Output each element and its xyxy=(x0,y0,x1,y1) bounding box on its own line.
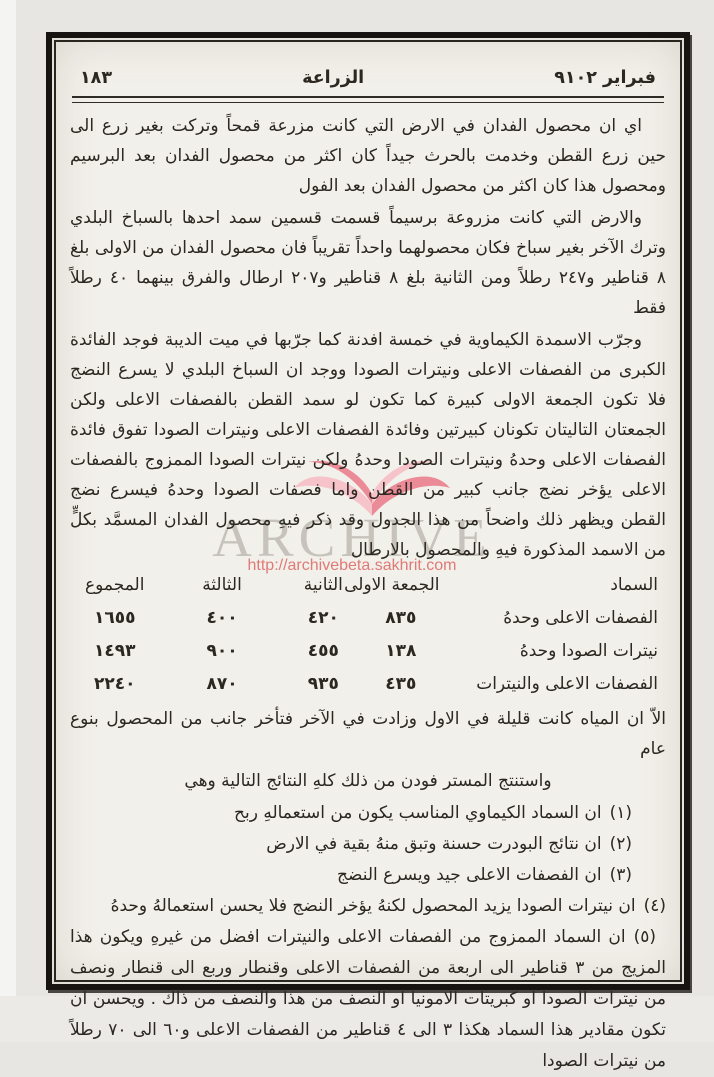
list-item: (١)ان السماد الكيماوي المناسب يكون من اس… xyxy=(70,798,666,829)
paragraph-1: اي ان محصول الفدان في الارض التي كانت مز… xyxy=(70,111,666,201)
list-item: (٤)ان نيترات الصودا يزيد المحصول لكنهُ ي… xyxy=(70,891,666,922)
row-label: الفصفات الاعلى وحدهُ xyxy=(440,603,666,633)
item-text: ان السماد الكيماوي المناسب يكون من استعم… xyxy=(234,803,602,823)
cell-value: ١٦٥٥ xyxy=(70,603,159,633)
table-header-row: السماد الجمعة الاولى الثانية الثالثة الم… xyxy=(70,568,666,601)
journal-title: الزراعة xyxy=(302,68,364,88)
cell-value: ٨٣٥ xyxy=(362,603,439,633)
paragraph-4-line-2: واستنتج المستر فودن من ذلك كلهِ النتائج … xyxy=(70,766,666,796)
col-header-fertilizer: السماد xyxy=(440,570,666,600)
paragraph-2: والارض التي كانت مزروعة برسيماً قسمت قسم… xyxy=(70,203,666,323)
paragraph-4-line-1: الاّ ان المياه كانت قليلة في الاول وزادت… xyxy=(70,704,666,764)
item-number: (٣) xyxy=(602,865,632,885)
item-number: (١) xyxy=(602,803,632,823)
col-header-second-picking: الثانية xyxy=(285,570,362,600)
cell-value: ١٣٨ xyxy=(362,636,439,666)
cell-value: ٤٣٥ xyxy=(362,669,439,699)
cell-value: ٩٣٥ xyxy=(285,669,362,699)
paragraph-3: وجرّب الاسمدة الكيماوية في خمسة افدنة كم… xyxy=(70,325,666,565)
list-item: (٣)ان الفصفات الاعلى جيد ويسرع النضج xyxy=(70,860,666,891)
article-body: اي ان محصول الفدان في الارض التي كانت مز… xyxy=(70,111,666,1042)
row-label: الفصفات الاعلى والنيترات xyxy=(440,669,666,699)
journal-date: فبراير ٩١٠٢ xyxy=(554,68,656,88)
col-header-first-picking: الجمعة الاولى xyxy=(362,570,439,600)
page-frame: ARCHIVE http://archivebeta.sakhrit.com ف… xyxy=(46,32,690,990)
item-number: (٥) xyxy=(626,927,656,947)
item-text: ان نتائج البودرت حسنة وتبق منهُ بقية في … xyxy=(266,834,601,854)
cell-value: ٨٧٠ xyxy=(159,669,284,699)
cell-value: ٤٢٠ xyxy=(285,603,362,633)
results-list: (١)ان السماد الكيماوي المناسب يكون من اس… xyxy=(70,798,666,1042)
list-item: (٢)ان نتائج البودرت حسنة وتبق منهُ بقية … xyxy=(70,829,666,860)
row-label: نيترات الصودا وحدهُ xyxy=(440,636,666,666)
cell-value: ٩٠٠ xyxy=(159,636,284,666)
fertilizer-table: السماد الجمعة الاولى الثانية الثالثة الم… xyxy=(70,568,666,700)
item-text: ان نيترات الصودا يزيد المحصول لكنهُ يؤخر… xyxy=(111,896,636,916)
cell-value: ٤٥٥ xyxy=(285,636,362,666)
cell-value: ١٤٩٣ xyxy=(70,636,159,666)
page-header: فبراير ٩١٠٢ الزراعة ١٨٣ xyxy=(70,42,666,94)
header-rule xyxy=(72,96,664,103)
item-text: ان الفصفات الاعلى جيد ويسرع النضج xyxy=(337,865,602,885)
table-row: الفصفات الاعلى وحدهُ ٨٣٥ ٤٢٠ ٤٠٠ ١٦٥٥ xyxy=(70,601,666,634)
scan-edge-left xyxy=(0,0,16,1042)
item-text: ان السماد الممزوج من الفصفات الاعلى والن… xyxy=(70,927,666,1042)
table-row: نيترات الصودا وحدهُ ١٣٨ ٤٥٥ ٩٠٠ ١٤٩٣ xyxy=(70,634,666,667)
cell-value: ٢٢٤٠ xyxy=(70,669,159,699)
list-item: (٥)ان السماد الممزوج من الفصفات الاعلى و… xyxy=(70,922,666,1042)
col-header-total: المجموع xyxy=(70,570,159,600)
item-number: (٢) xyxy=(602,834,632,854)
table-row: الفصفات الاعلى والنيترات ٤٣٥ ٩٣٥ ٨٧٠ ٢٢٤… xyxy=(70,667,666,700)
col-header-third-picking: الثالثة xyxy=(159,570,284,600)
page-number: ١٨٣ xyxy=(80,68,112,88)
cell-value: ٤٠٠ xyxy=(159,603,284,633)
page-content: فبراير ٩١٠٢ الزراعة ١٨٣ اي ان محصول الفد… xyxy=(54,40,682,982)
item-number: (٤) xyxy=(636,896,666,916)
